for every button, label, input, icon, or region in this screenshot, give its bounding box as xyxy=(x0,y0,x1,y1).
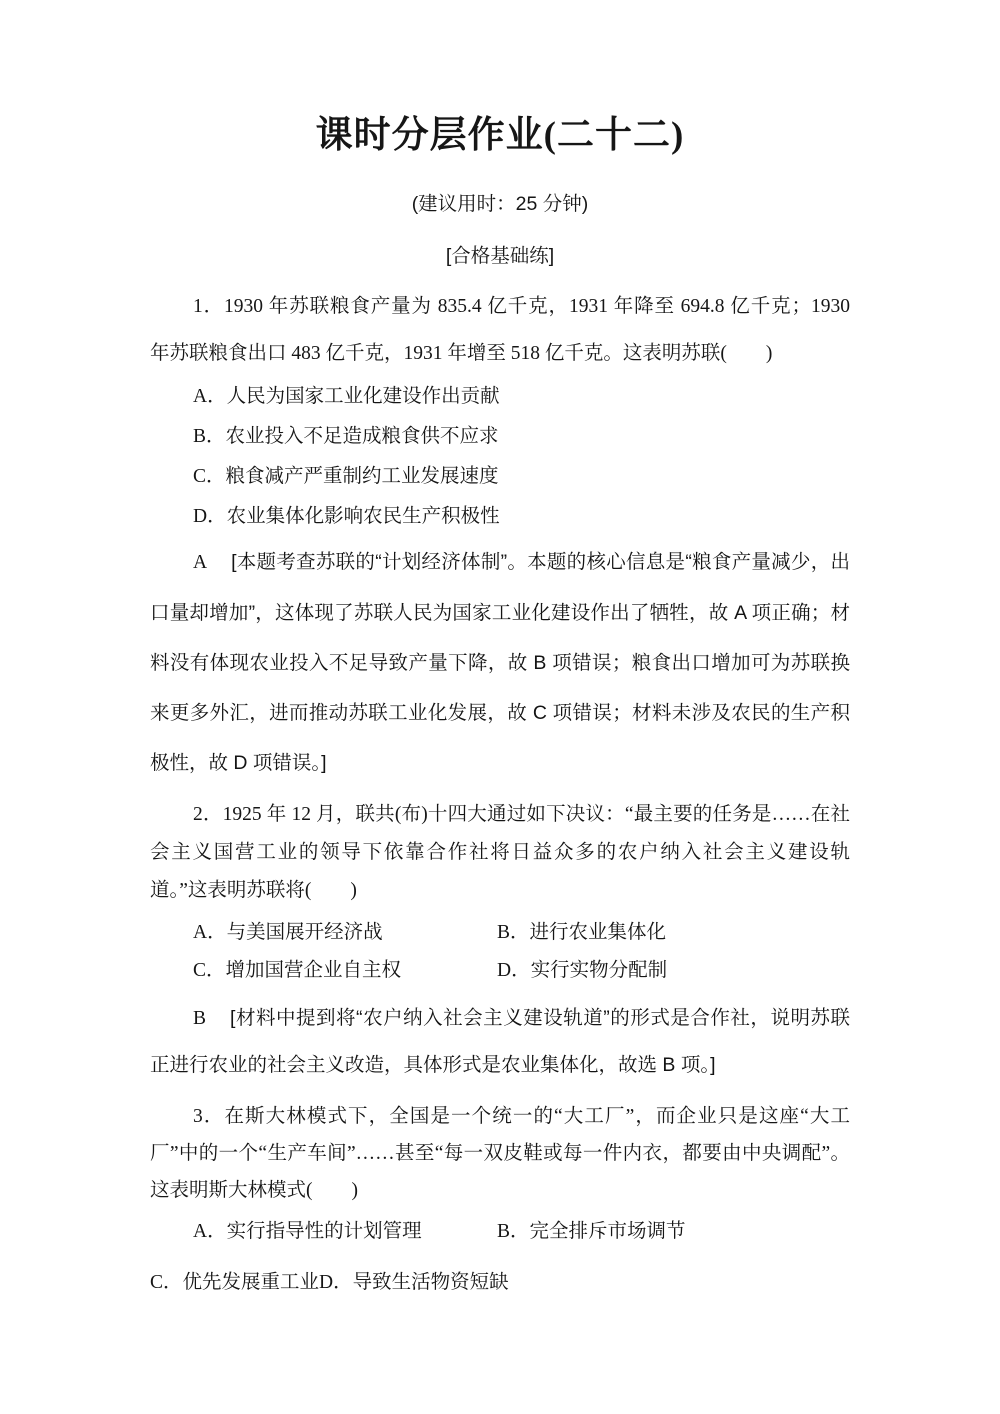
section-label: [合格基础练] xyxy=(150,243,850,269)
question-1-option-d: D．农业集体化影响农民生产积极性 xyxy=(150,497,850,537)
question-2-option-d: D．实行实物分配制 xyxy=(497,952,850,990)
question-2-stem: 2．1925 年 12 月，联共(布)十四大通过如下决议：“最主要的任务是……在… xyxy=(150,796,850,910)
question-1-option-b: B．农业投入不足造成粮食供不应求 xyxy=(150,417,850,457)
question-2-explanation: [材料中提到将“农户纳入社会主义建设轨道”的形式是合作社，说明苏联正进行农业的社… xyxy=(150,1007,850,1076)
question-1-stem: 1．1930 年苏联粮食产量为 835.4 亿千克，1931 年降至 694.8… xyxy=(150,283,850,377)
question-3-options: A．实行指导性的计划管理 B．完全排斥市场调节 xyxy=(150,1213,850,1250)
question-2-options: A．与美国展开经济战 B．进行农业集体化 C．增加国营企业自主权 D．实行实物分… xyxy=(150,914,850,990)
page-title: 课时分层作业(二十二) xyxy=(150,113,850,159)
question-3-options-cd: C．优先发展重工业D．导致生活物资短缺 xyxy=(150,1264,850,1301)
question-1-answer: A[本题考查苏联的“计划经济体制”。本题的核心信息是“粮食产量减少，出口量却增加… xyxy=(150,537,850,788)
question-1-option-c: C．粮食减产严重制约工业发展速度 xyxy=(150,457,850,497)
question-1-options: A．人民为国家工业化建设作出贡献 B．农业投入不足造成粮食供不应求 C．粮食减产… xyxy=(150,377,850,537)
question-1-option-a: A．人民为国家工业化建设作出贡献 xyxy=(150,377,850,417)
question-3-option-b: B．完全排斥市场调节 xyxy=(497,1213,850,1250)
question-3-option-a: A．实行指导性的计划管理 xyxy=(150,1213,497,1250)
question-1-explanation: [本题考查苏联的“计划经济体制”。本题的核心信息是“粮食产量减少，出口量却增加”… xyxy=(150,551,850,774)
worksheet-page: 课时分层作业(二十二) (建议用时：25 分钟) [合格基础练] 1．1930 … xyxy=(0,0,1000,1414)
suggested-time: (建议用时：25 分钟) xyxy=(150,191,850,217)
question-2-answer: B[材料中提到将“农户纳入社会主义建设轨道”的形式是合作社，说明苏联正进行农业的… xyxy=(150,995,850,1089)
question-2-answer-letter: B xyxy=(193,1008,206,1029)
question-2-option-a: A．与美国展开经济战 xyxy=(150,914,497,952)
question-2-option-b: B．进行农业集体化 xyxy=(497,914,850,952)
question-3-stem: 3．在斯大林模式下，全国是一个统一的“大工厂”，而企业只是这座“大工厂”中的一个… xyxy=(150,1098,850,1209)
question-2-option-c: C．增加国营企业自主权 xyxy=(150,952,497,990)
question-1-answer-letter: A xyxy=(193,552,207,573)
